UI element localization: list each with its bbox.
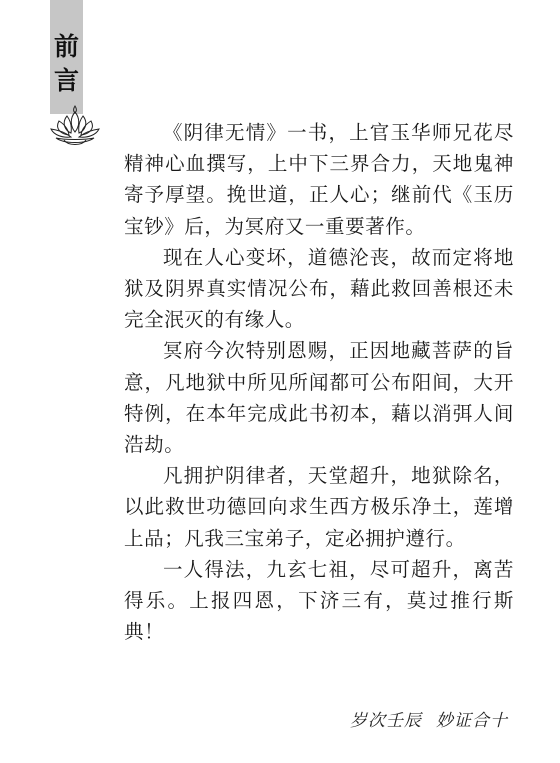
section-title: 前 言: [50, 30, 83, 98]
signature-author: 妙证合十: [436, 711, 508, 731]
paragraph: 凡拥护阴律者，天堂超升，地狱除名，以此救世功德回向求生西方极乐净土，莲增上品；凡…: [124, 460, 514, 554]
lotus-icon: [42, 104, 108, 150]
title-char: 前: [54, 30, 79, 64]
paragraph: 一人得法，九玄七祖，尽可超升，离苦得乐。上报四恩，下济三有，莫过推行斯典！: [124, 554, 514, 648]
signature: 岁次壬辰妙证合十: [350, 706, 508, 731]
paragraph: 《阴律无情》一书，上官玉华师兄花尽精神心血撰写，上中下三界合力，天地鬼神寄予厚望…: [124, 117, 514, 242]
paragraph: 现在人心变坏，道德沦丧，故而定将地狱及阴界真实情况公布，藉此救回善根还未完全泯灭…: [124, 242, 514, 336]
signature-date: 岁次壬辰: [350, 711, 422, 731]
paragraph: 冥府今次特别恩赐，正因地藏菩萨的旨意，凡地狱中所见所闻都可公布阳间，大开特例，在…: [124, 335, 514, 460]
title-char: 言: [54, 64, 79, 98]
preface-body: 《阴律无情》一书，上官玉华师兄花尽精神心血撰写，上中下三界合力，天地鬼神寄予厚望…: [124, 117, 514, 647]
